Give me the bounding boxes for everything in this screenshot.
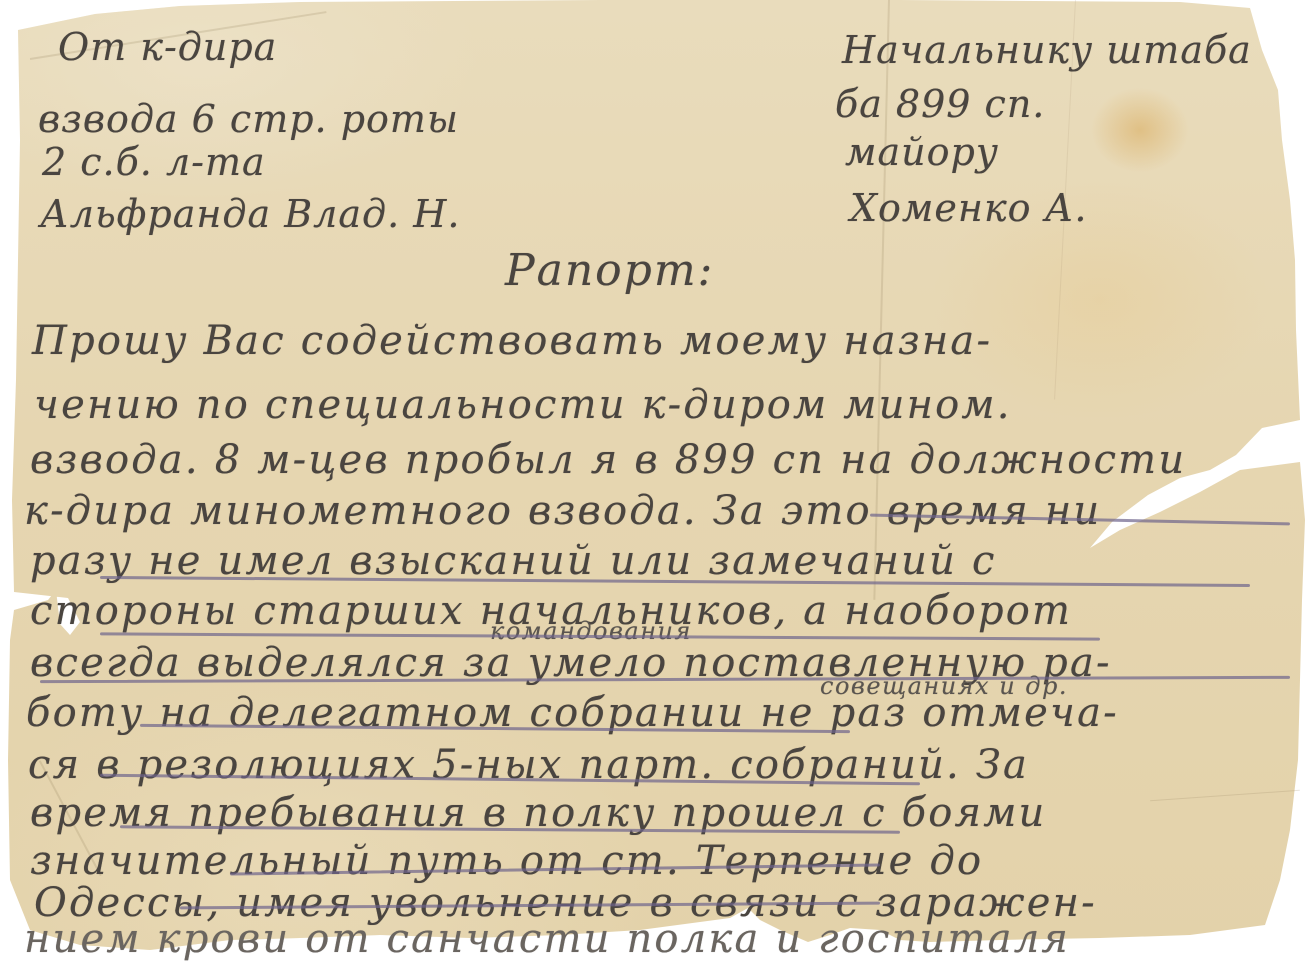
body-line: значительный путь от ст. Терпение до — [30, 838, 983, 884]
recipient-line: майору — [845, 130, 999, 174]
body-line: Прошу Вас содействовать моему назна- — [32, 318, 992, 364]
document-title: Рапорт: — [505, 245, 714, 296]
sender-line: Альфранда Влад. Н. — [40, 192, 460, 236]
sender-line: От к-дира — [58, 25, 277, 69]
body-line: взвода. 8 м-цев пробыл я в 899 сп на дол… — [30, 437, 1186, 483]
sender-line: взвода 6 стр. роты — [38, 97, 459, 141]
sender-line: 2 с.б. л-та — [42, 140, 266, 184]
recipient-line: Начальнику штаба — [842, 28, 1252, 72]
body-line: к-дира минометного взвода. За это время … — [24, 488, 1101, 534]
interlinear-insert: командования — [490, 617, 692, 645]
recipient-line: Хоменко А. — [850, 186, 1087, 230]
recipient-line: ба 899 сп. — [835, 82, 1045, 126]
body-line: чению по специальности к-диром мином. — [34, 382, 1012, 428]
body-line: нием крови от санчасти полка и госпиталя — [24, 916, 1070, 962]
